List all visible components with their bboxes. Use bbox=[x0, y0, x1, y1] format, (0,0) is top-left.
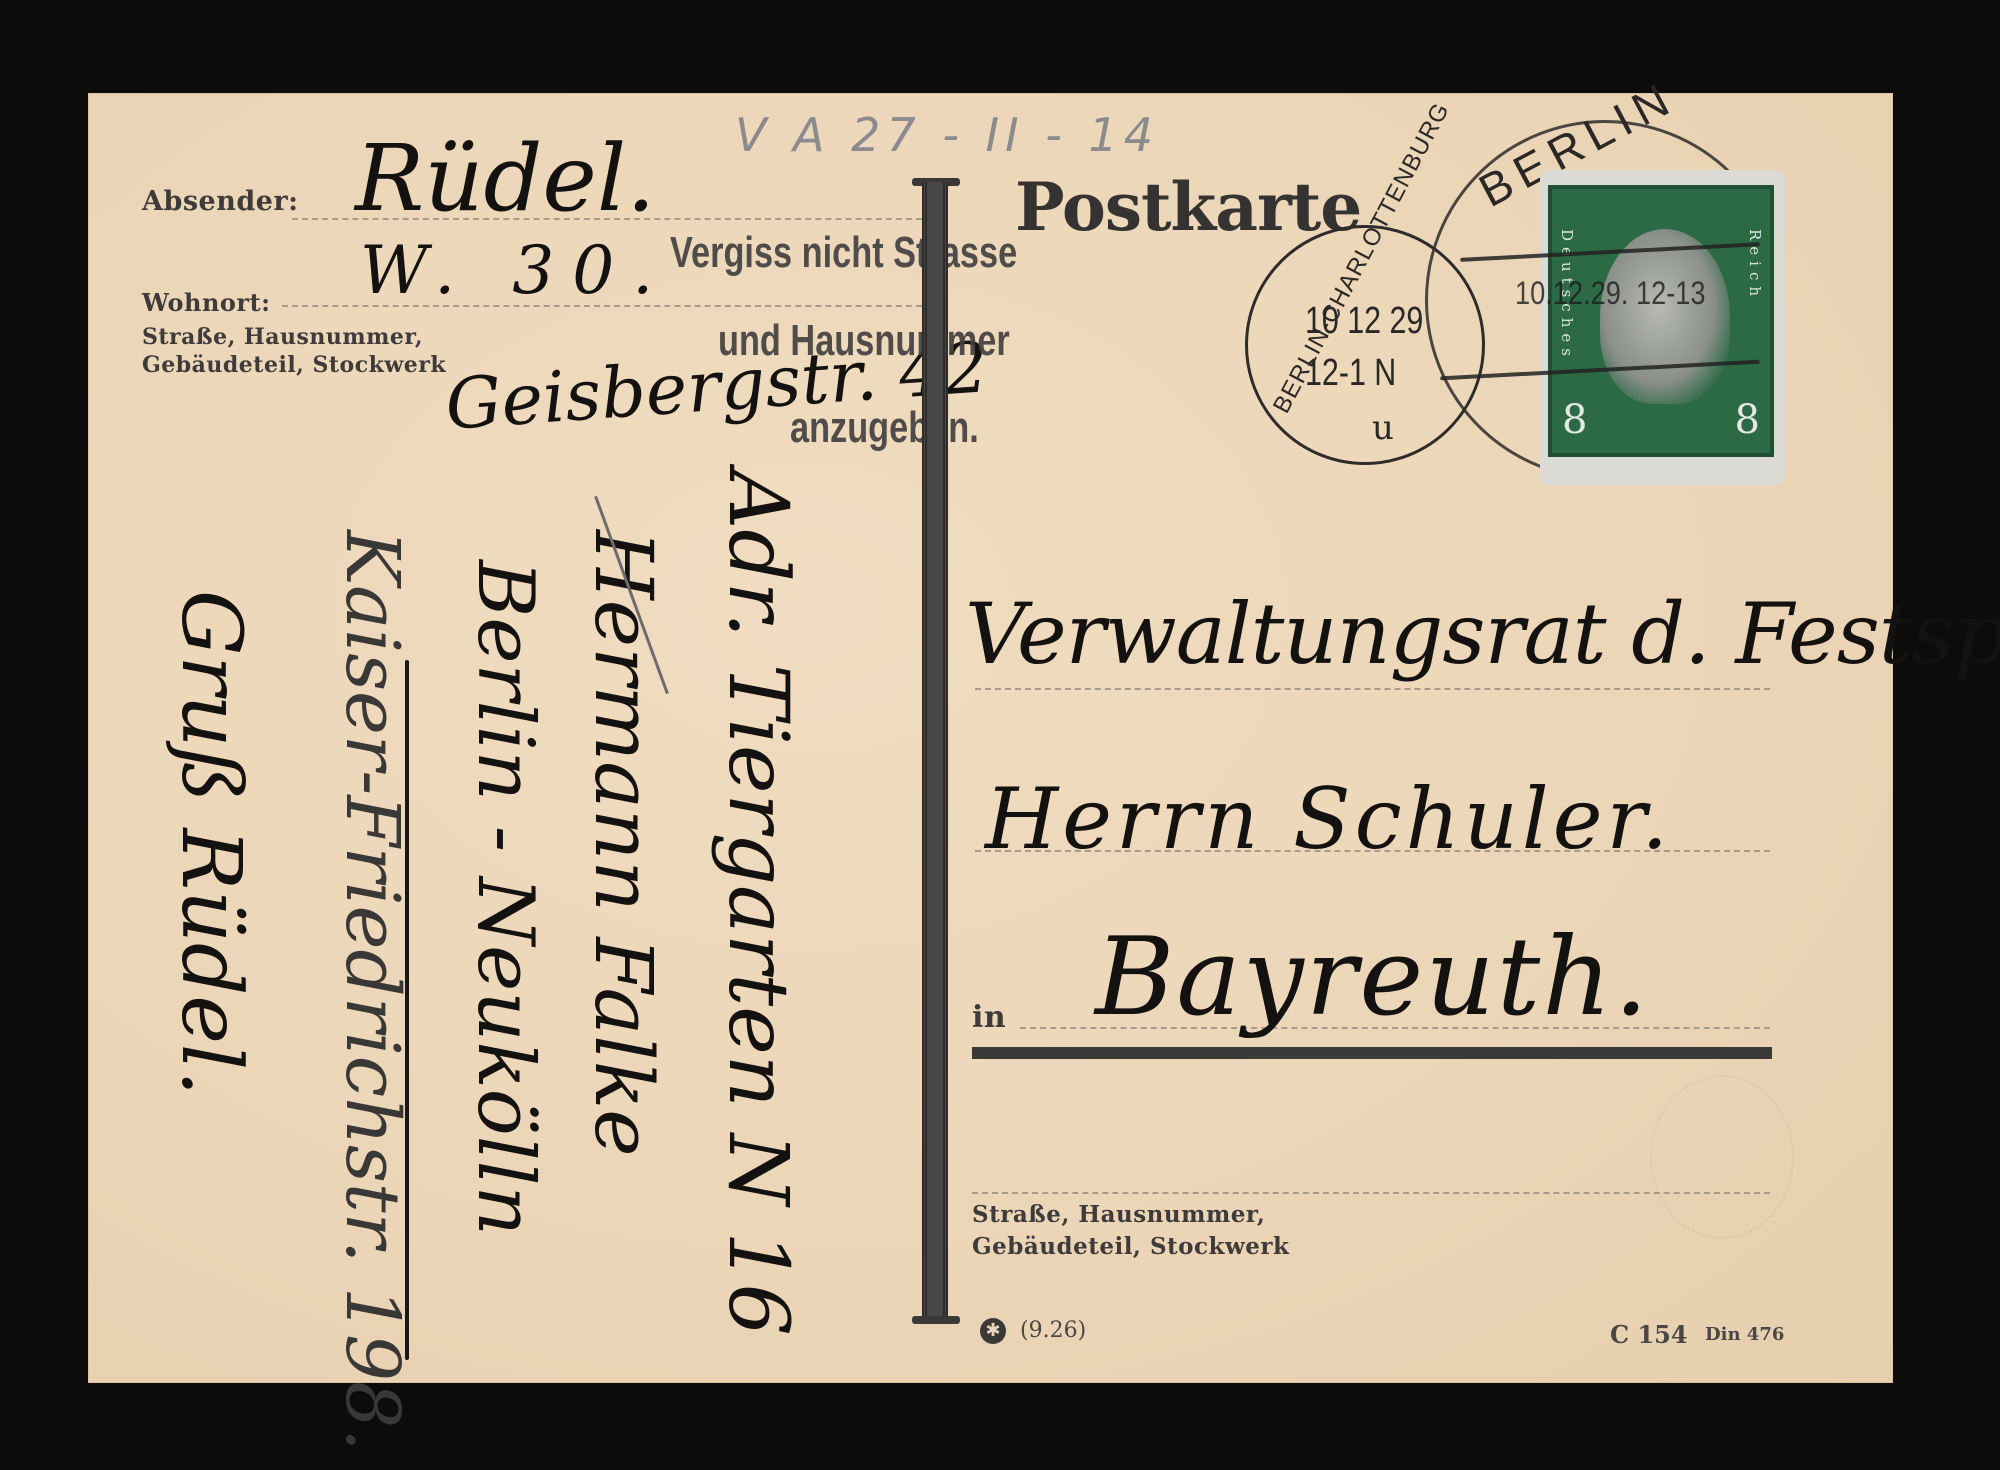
slogan-line-3: anzugeben. bbox=[790, 393, 979, 463]
side-note-street: Kaiser-Friedrichstr. 198. bbox=[329, 530, 415, 1452]
print-code: (9.26) bbox=[1020, 1318, 1086, 1343]
postmark-date: 10 12 29 bbox=[1305, 300, 1423, 343]
recipient-city: Bayreuth. bbox=[1095, 915, 1650, 1040]
archive-reference: V A 27 - II - 14 bbox=[735, 108, 1159, 162]
recipient-dotted-4 bbox=[972, 1192, 1770, 1194]
recipient-line-2: Herrn Schuler. bbox=[985, 770, 1672, 868]
side-note-name: Hermann Falke bbox=[577, 530, 670, 1157]
printer-mark-icon: ✱ bbox=[980, 1318, 1006, 1344]
absender-label: Absender: bbox=[142, 186, 299, 217]
postage-stamp: Deutsches Reich 8 8 bbox=[1540, 170, 1785, 485]
wohnort-value: W. 30. bbox=[360, 232, 671, 309]
recipient-street-label-1: Straße, Hausnummer, bbox=[972, 1200, 1265, 1230]
din-number: Din 476 bbox=[1705, 1324, 1784, 1345]
stamp-country-right: Reich bbox=[1746, 229, 1764, 302]
embossed-seal bbox=[1650, 1075, 1794, 1239]
form-number: C 154 bbox=[1610, 1320, 1688, 1349]
absender-value: Rüdel. bbox=[355, 125, 656, 232]
stamp-cancel-date: 10.12.29. 12-13 bbox=[1515, 275, 1706, 312]
postkarte-title: Postkarte bbox=[1015, 168, 1361, 246]
recipient-dotted-2 bbox=[975, 850, 1770, 852]
sender-street-label-2: Gebäudeteil, Stockwerk bbox=[142, 350, 446, 380]
side-note-underline bbox=[405, 660, 409, 1360]
wohnort-label: Wohnort: bbox=[142, 288, 271, 318]
side-note-city: Berlin - Neukölln bbox=[460, 560, 550, 1236]
stamp-frame: Deutsches Reich 8 8 bbox=[1548, 185, 1774, 457]
slogan-line-2: und Hausnummer bbox=[718, 306, 1010, 376]
vertical-divider bbox=[922, 182, 948, 1322]
postmark-code: u bbox=[1372, 408, 1394, 448]
postmark-time: 12-1 N bbox=[1305, 352, 1396, 395]
recipient-line-1: Verwaltungsrat d. Festspiele bbox=[965, 585, 2000, 683]
divider-cap-bottom bbox=[912, 1316, 960, 1324]
side-note-adr: Adr. Tiergarten N 16 bbox=[710, 470, 805, 1336]
in-label: in bbox=[972, 1000, 1006, 1035]
recipient-dotted-1 bbox=[975, 688, 1770, 690]
sender-street-label-1: Straße, Hausnummer, bbox=[142, 322, 423, 352]
stamp-value-right: 8 bbox=[1735, 397, 1760, 443]
stamp-portrait bbox=[1600, 229, 1730, 404]
stamp-value-left: 8 bbox=[1562, 397, 1587, 443]
recipient-street-label-2: Gebäudeteil, Stockwerk bbox=[972, 1232, 1289, 1262]
city-underline-bar bbox=[972, 1047, 1772, 1059]
slogan-line-1: Vergiss nicht Strasse bbox=[670, 218, 1017, 288]
side-note-greeting: Gruß Rüdel. bbox=[163, 590, 258, 1096]
